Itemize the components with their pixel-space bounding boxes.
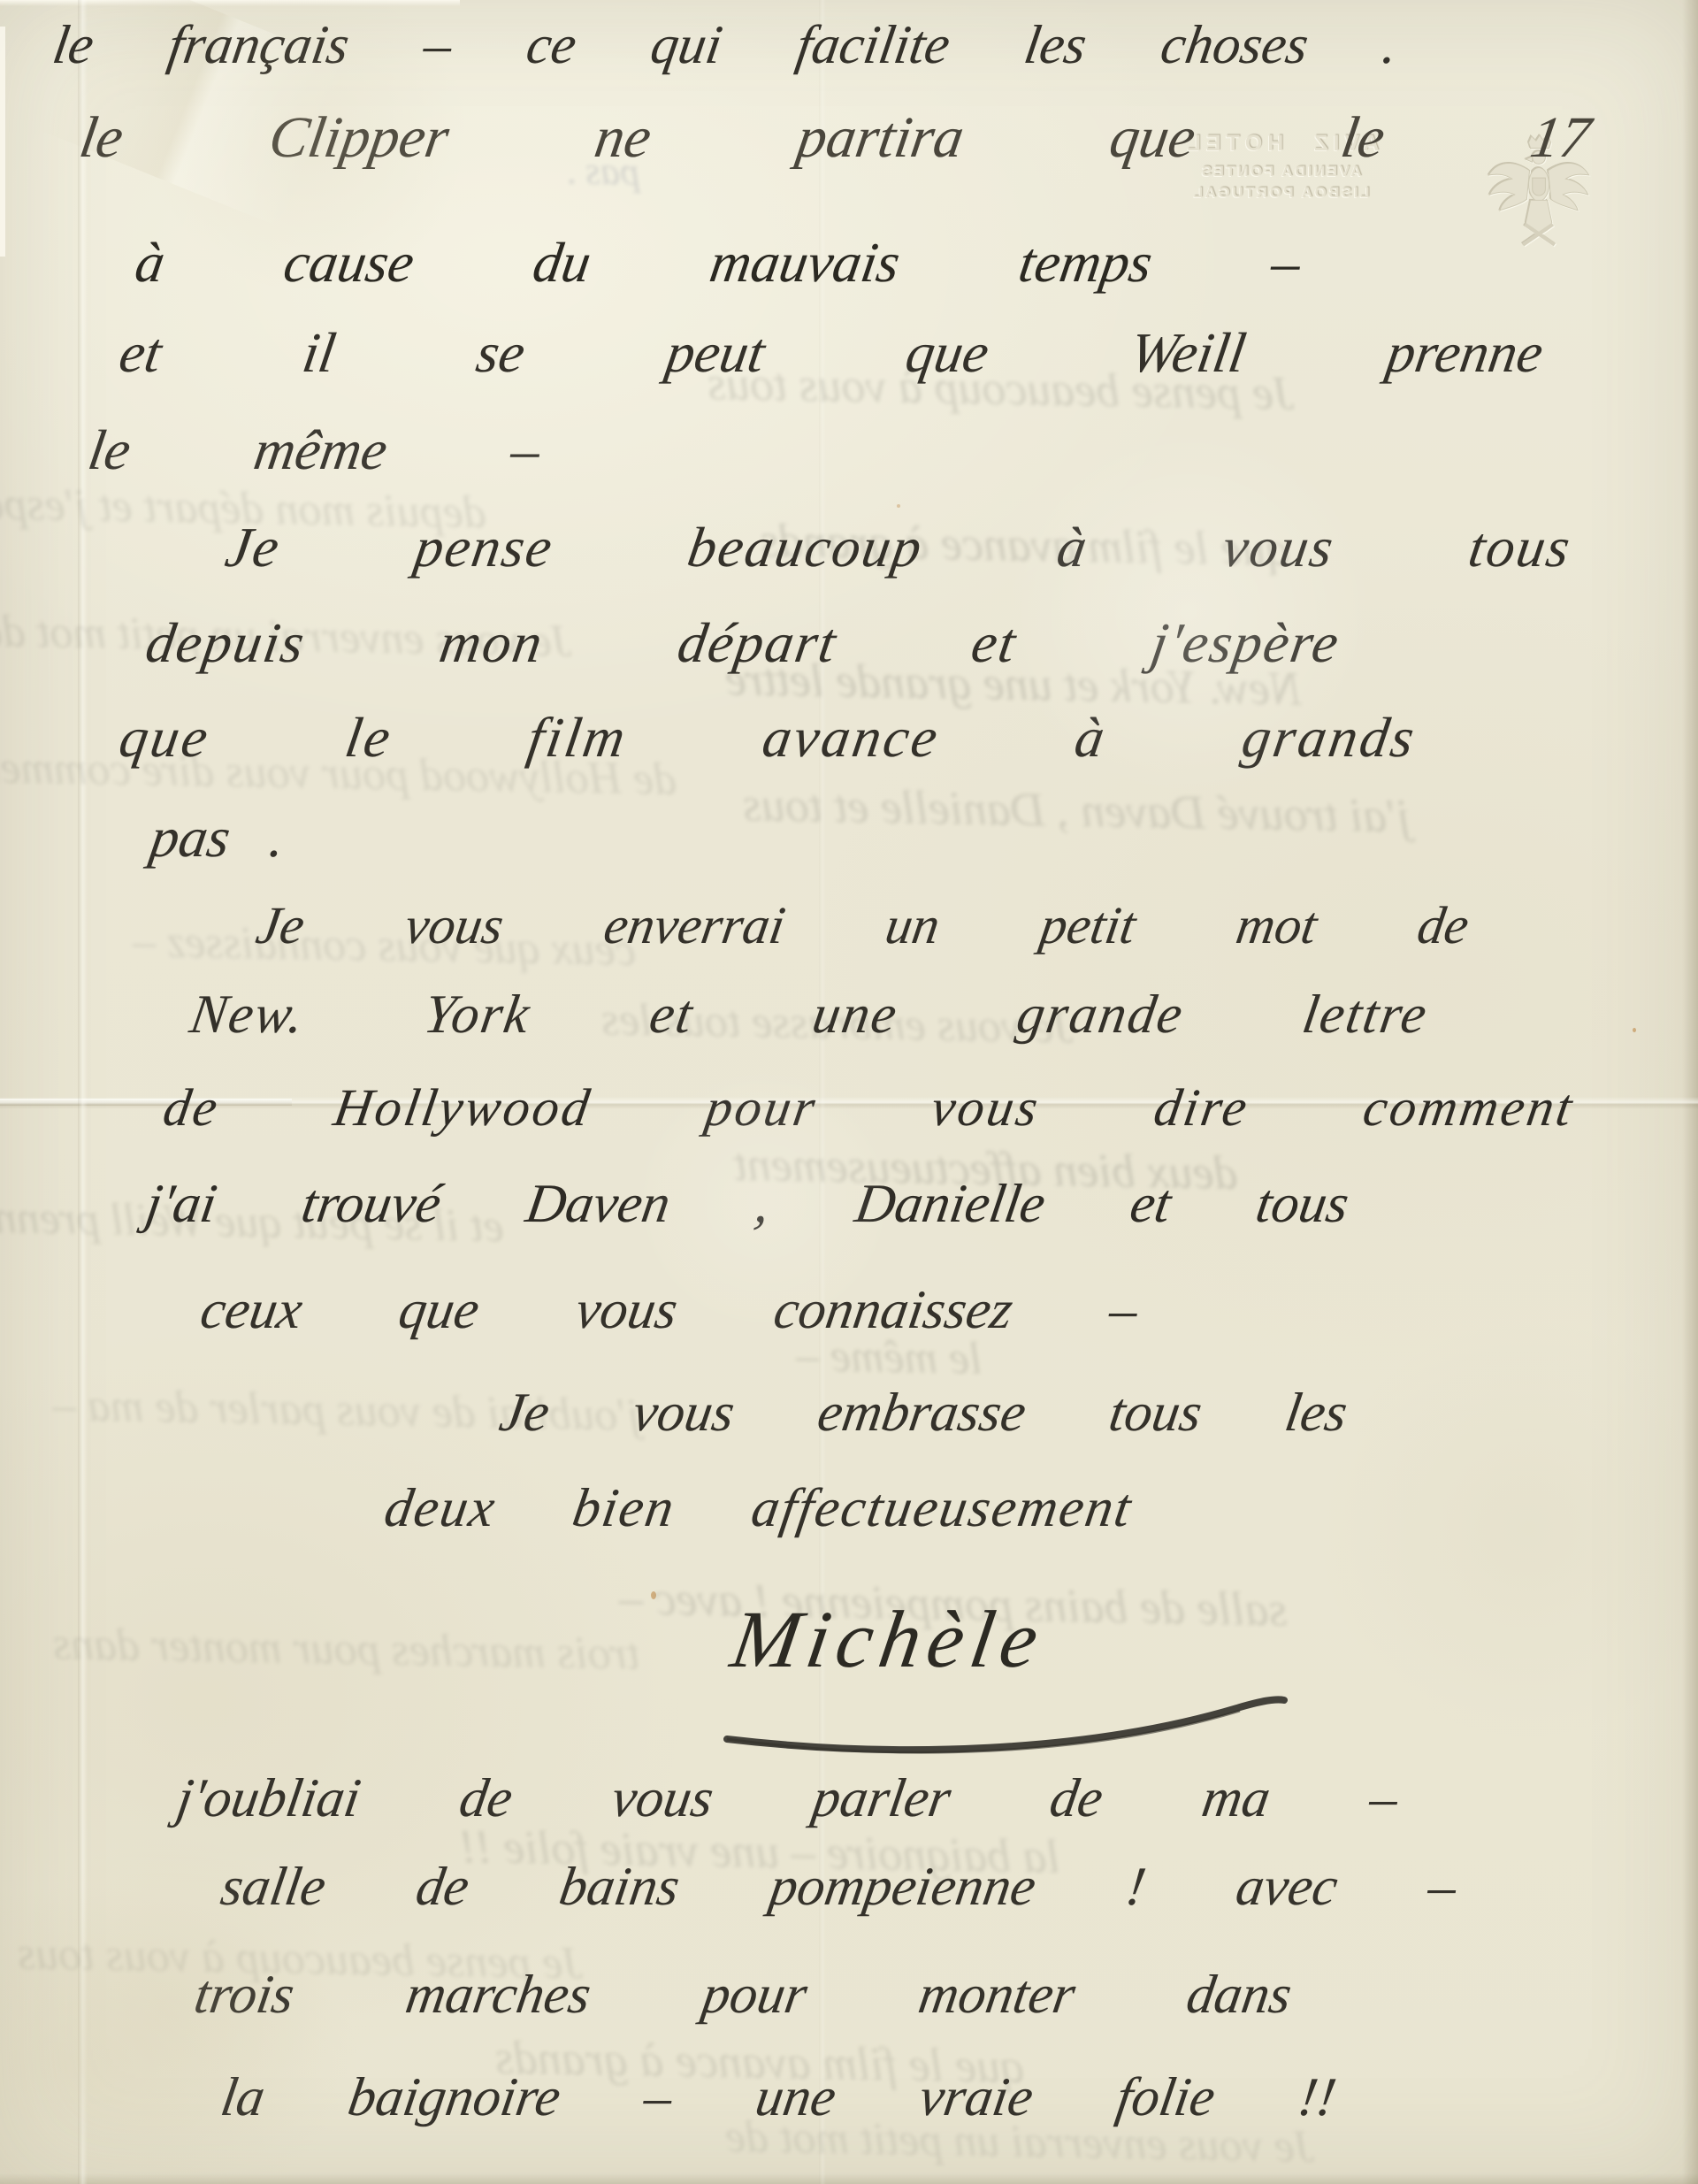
letter-page: AVIZ HOTEL AVENIDA FONTES LISBOA PORTUGA…	[0, 0, 1698, 2184]
handwriting-line: le français – ce qui facilite les choses…	[49, 14, 1402, 77]
letterhead-city: LISBOA PORTUGAL	[1164, 184, 1397, 202]
scan-edge-top	[0, 0, 460, 6]
handwriting-line: la baignoire – une vraie folie !!	[217, 2066, 1341, 2129]
handwriting-line: trois marches pour monter dans	[190, 1964, 1296, 2027]
fold-crease-vertical-left	[78, 0, 88, 2184]
handwriting-line: que le film avance à grands	[115, 705, 1421, 770]
handwriting-line: le Clipper ne partira que le 17	[75, 104, 1595, 172]
paper-wrinkle-bottom-left	[0, 1884, 363, 2184]
paper-edge-shadow-right	[1682, 0, 1698, 2184]
bleedthrough-ghost-line: trois marches pour monter dans	[53, 1618, 640, 1681]
foxing-speck	[1633, 1028, 1636, 1032]
handwriting-line: Je pense beaucoup à vous tous	[221, 515, 1576, 580]
handwriting-line: le même –	[84, 418, 545, 483]
handwriting-line: pas .	[146, 805, 290, 870]
handwriting-line: et il se peut que Weill prenne	[115, 320, 1548, 386]
handwriting-line: ceux que vous connaissez –	[196, 1279, 1143, 1342]
handwriting-line: New. York et une grande lettre	[186, 984, 1433, 1046]
signature: Michèle	[725, 1592, 1052, 1686]
signature-flourish	[707, 1682, 1309, 1766]
handwriting-line: j'oubliai de vous parler de ma –	[172, 1767, 1403, 1830]
foxing-speck	[651, 1591, 656, 1599]
handwriting-line: Je vous enverrai un petit mot de	[252, 895, 1473, 956]
handwriting-line: salle de bains pompeienne ! avec –	[217, 1856, 1461, 1919]
foxing-speck	[897, 504, 900, 508]
handwriting-line: depuis mon départ et j'espère	[141, 610, 1344, 676]
handwriting-line: Je vous embrasse tous les	[495, 1382, 1351, 1445]
handwriting-line: de Hollywood pour vous dire comment	[159, 1077, 1579, 1138]
scan-edge-left	[0, 27, 5, 257]
bleedthrough-ghost-line: j'ai trouvé Daven , Danielle et tous	[743, 777, 1411, 843]
handwriting-line: j'ai trouvé Daven , Danielle et tous	[141, 1173, 1353, 1236]
handwriting-line: à cause du mauvais temps –	[131, 230, 1305, 295]
handwriting-line: deux bien affectueusement	[380, 1477, 1136, 1540]
